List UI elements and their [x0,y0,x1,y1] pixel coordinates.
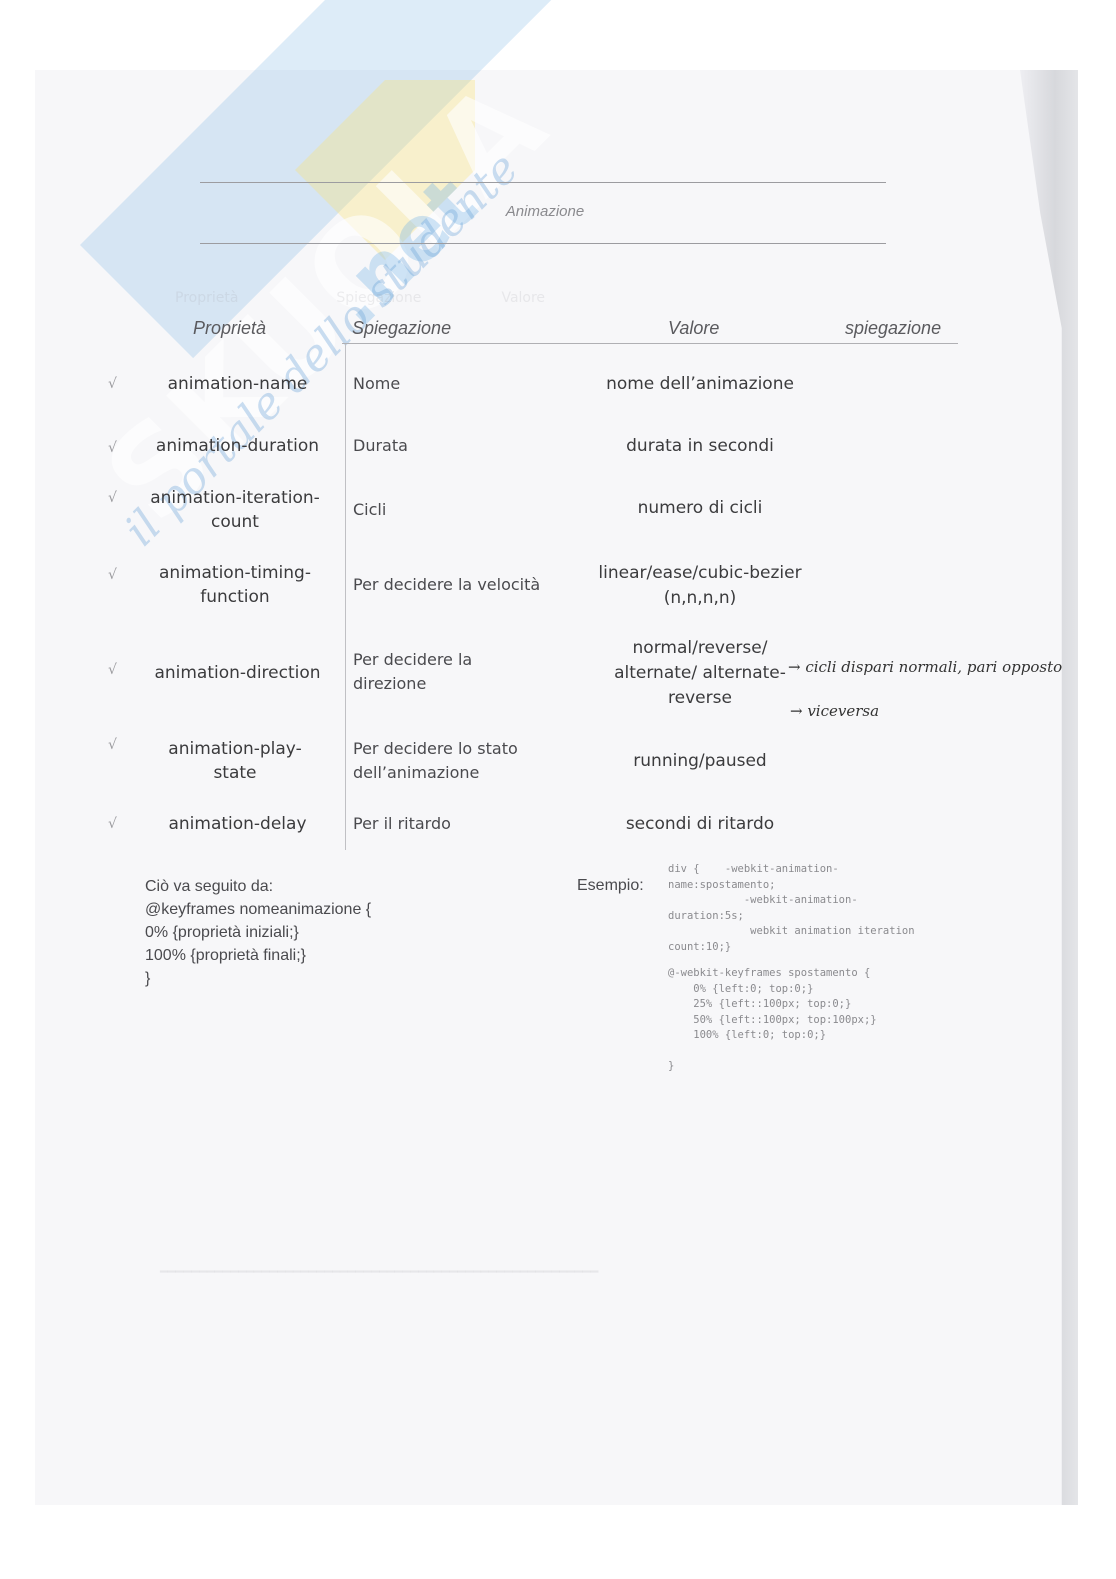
header-rule [342,343,958,344]
property-value: linear/ease/cubic-bezier (n,n,n,n) [570,561,830,611]
header-value: Valore [668,318,719,339]
property-name: animation-iteration-count [140,486,330,534]
property-explanation: Per il ritardo [353,812,568,836]
property-explanation: Cicli [353,498,568,522]
section-title: Animazione [460,203,630,220]
check-mark-icon: √ [108,376,117,392]
property-name: animation-play-state [155,737,315,785]
check-mark-icon: √ [108,737,117,753]
check-mark-icon: √ [108,440,117,456]
check-mark-icon: √ [108,816,117,832]
property-value: secondi di ritardo [560,812,840,837]
property-value: durata in secondi [560,434,840,459]
property-explanation: Durata [353,434,568,458]
property-explanation: Per decidere lo stato dell’animazione [353,737,543,785]
property-name: animation-delay [140,812,335,836]
title-rule-bottom [200,243,886,244]
property-value: normal/reverse/ alternate/ alternate-rev… [600,636,800,711]
property-explanation: Per decidere la velocità [353,573,568,597]
handwritten-note-alternate: → cicli dispari normali, pari opposto [788,658,1062,676]
show-through-text: Proprietà Spiegazione Valore [175,290,545,306]
property-explanation: Per decidere la direzione [353,648,503,696]
property-name: animation-direction [140,661,335,685]
title-rule-top [200,182,886,183]
example-code-keyframes: @-webkit-keyframes spostamento { 0% {lef… [668,966,877,1075]
header-property: Proprietà [193,318,266,339]
example-code-rule: div { -webkit-animation- name:spostament… [668,862,915,955]
handwritten-note-alternate-reverse: → viceversa [790,702,879,720]
property-name: animation-timing-function [140,561,330,609]
property-value: numero di cicli [560,496,840,521]
check-mark-icon: √ [108,662,117,678]
property-value: nome dell’animazione [560,372,840,397]
property-name: animation-duration [140,434,335,458]
property-value: running/paused [560,749,840,774]
example-label: Esempio: [577,877,644,895]
column-divider [345,344,346,850]
check-mark-icon: √ [108,490,117,506]
keyframes-note: Ciò va seguito da: @keyframes nomeanimaz… [145,875,371,990]
scanned-page [35,70,1078,1505]
header-value-explanation: spiegazione [845,318,941,339]
property-explanation: Nome [353,372,568,396]
header-explanation: Spiegazione [352,318,451,339]
check-mark-icon: √ [108,567,117,583]
property-name: animation-name [140,372,335,396]
show-through-text: ━━━━━━━━━━━━━━━━━━━━━━━━━━━━━━━━━━━━━━━━… [160,1265,598,1280]
